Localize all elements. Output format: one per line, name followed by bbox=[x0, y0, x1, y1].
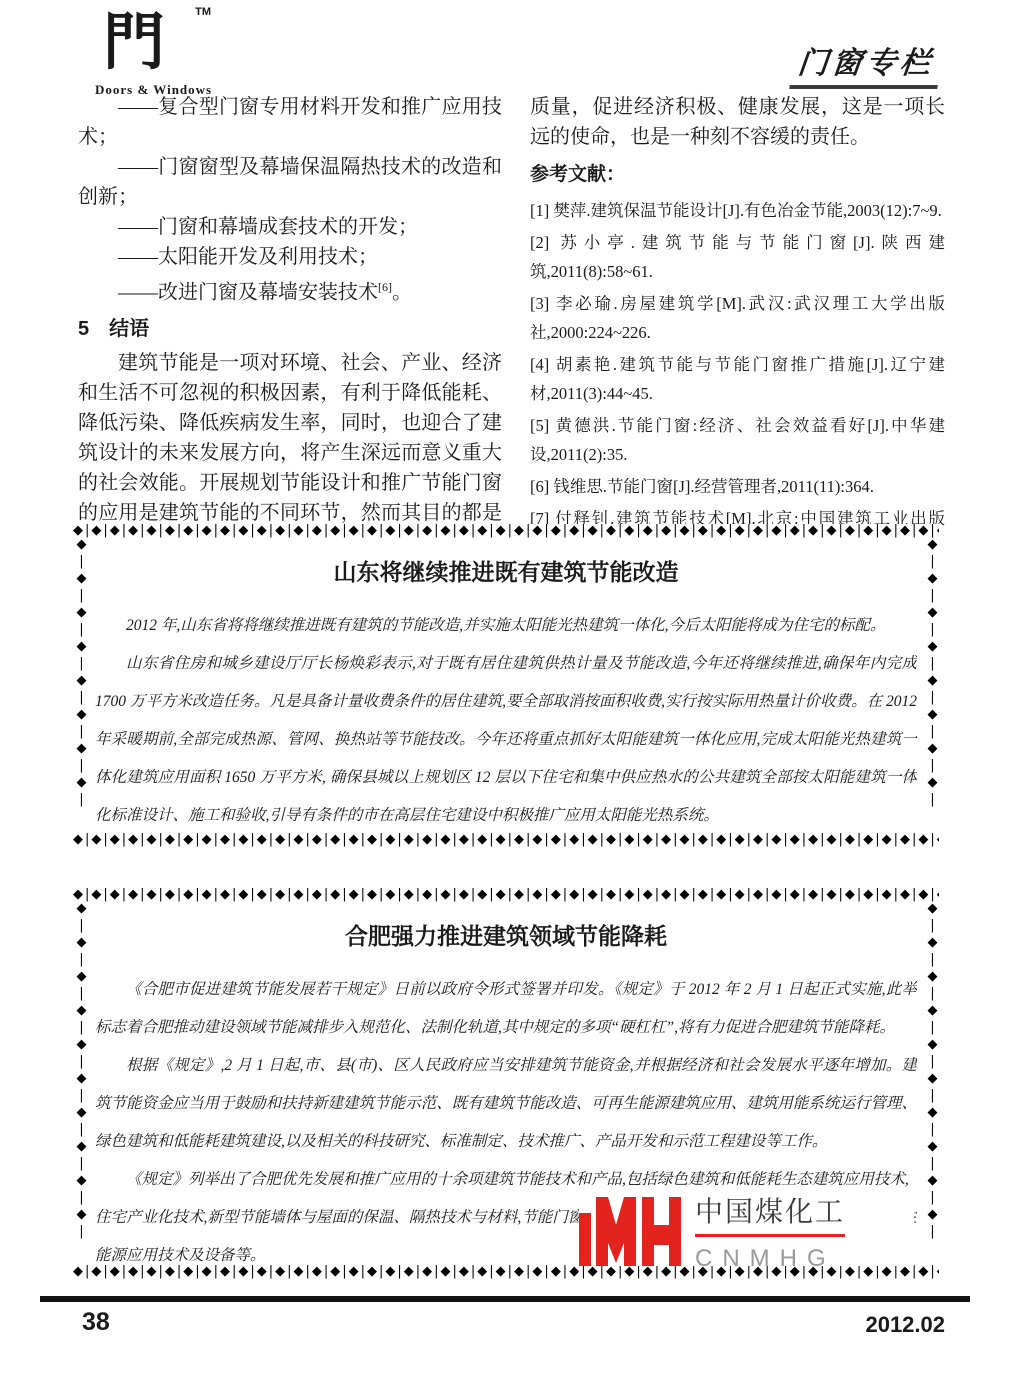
journal-page: 門 TM Doors & Windows 门窗专栏 ——复合型门窗专用材料开发和… bbox=[0, 0, 1010, 1384]
column-title: 门窗专栏 bbox=[789, 38, 942, 89]
list-item: ——复合型门窗专用材料开发和推广应用技术； bbox=[78, 92, 502, 152]
logo-glyph: 門 bbox=[103, 9, 165, 77]
list-item: ——门窗和幕墙成套技术的开发； bbox=[78, 212, 502, 242]
conclusion-paragraph-right: 质量，促进经济积极、健康发展，这是一项长远的使命，也是一种刻不容缓的责任。 bbox=[530, 92, 945, 152]
watermark-chinese-text: 中国煤化工 bbox=[695, 1193, 845, 1237]
cnmhg-watermark: 中国煤化工 CNMHG bbox=[579, 1187, 914, 1266]
reference-item: [5] 黄德洪.节能门窗:经济、社会效益看好[J].中华建设,2011(2):3… bbox=[530, 411, 945, 469]
citation-superscript: [6] bbox=[378, 280, 392, 294]
news-paragraph: 《合肥市促进建筑节能发展若干规定》日前以政府令形式签署并印发。《规定》于 201… bbox=[95, 971, 917, 1047]
ornament-border-right: ◆|◆|◆|◆|◆|◆|◆|◆|◆|◆|◆|◆|◆|◆|◆|◆|◆|◆|◆|◆|… bbox=[924, 537, 939, 835]
ornament-border-bottom: ◆|◆|◆|◆|◆|◆|◆|◆|◆|◆|◆|◆|◆|◆|◆|◆|◆|◆|◆|◆|… bbox=[73, 1265, 939, 1280]
list-item-text: ——改进门窗及幕墙安装技术 bbox=[118, 282, 378, 304]
section-heading-conclusion: 5 结语 bbox=[78, 314, 502, 344]
list-item: ——太阳能开发及利用技术； bbox=[78, 242, 502, 272]
article-left-column: ——复合型门窗专用材料开发和推广应用技术； ——门窗窗型及幕墙保温隔热技术的改造… bbox=[78, 92, 502, 588]
news-box-content: 合肥强力推进建筑领域节能降耗 《合肥市促进建筑节能发展若干规定》日前以政府令形式… bbox=[95, 904, 917, 1266]
ornament-border-right: ◆|◆|◆|◆|◆|◆|◆|◆|◆|◆|◆|◆|◆|◆|◆|◆|◆|◆|◆|◆|… bbox=[924, 901, 939, 1267]
reference-item: [6] 钱维思.节能门窗[J].经营管理者,2011(11):364. bbox=[530, 472, 945, 501]
cnmhg-logo-icon bbox=[579, 1195, 683, 1266]
news-paragraph: 山东省住房和城乡建设厅厅长杨焕彩表示,对于既有居住建筑供热计量及节能改造,今年还… bbox=[95, 645, 917, 834]
news-text-line: 能源应用技术及设备等。 bbox=[95, 1237, 266, 1266]
references-heading: 参考文献： bbox=[530, 160, 945, 190]
list-item: ——门窗窗型及幕墙保温隔热技术的改造和创新； bbox=[78, 152, 502, 212]
ornament-border-left: ◆|◆|◆|◆|◆|◆|◆|◆|◆|◆|◆|◆|◆|◆|◆|◆|◆|◆|◆|◆|… bbox=[73, 537, 88, 835]
ornament-border-left: ◆|◆|◆|◆|◆|◆|◆|◆|◆|◆|◆|◆|◆|◆|◆|◆|◆|◆|◆|◆|… bbox=[73, 901, 88, 1267]
ornament-border-top: ◆|◆|◆|◆|◆|◆|◆|◆|◆|◆|◆|◆|◆|◆|◆|◆|◆|◆|◆|◆|… bbox=[73, 524, 939, 539]
reference-item: [1] 樊萍.建筑保温节能设计[J].有色冶金节能,2003(12):7~9. bbox=[530, 196, 945, 225]
page-number: 38 bbox=[82, 1308, 110, 1337]
news-paragraph: 根据《规定》,2 月 1 日起,市、县(市)、区人民政府应当安排建筑节能资金,并… bbox=[95, 1047, 917, 1161]
list-item: ——改进门窗及幕墙安装技术[6]。 bbox=[78, 272, 502, 308]
news-title: 合肥强力推进建筑领域节能降耗 bbox=[95, 918, 917, 951]
reference-item: [3] 李必瑜.房屋建筑学[M].武汉:武汉理工大学出版社,2000:224~2… bbox=[530, 289, 945, 347]
trademark-symbol: TM bbox=[195, 6, 211, 18]
news-box-hefei: ◆|◆|◆|◆|◆|◆|◆|◆|◆|◆|◆|◆|◆|◆|◆|◆|◆|◆|◆|◆|… bbox=[73, 888, 939, 1280]
list-item-tail: 。 bbox=[392, 282, 412, 304]
news-box-content: 山东将继续推进既有建筑节能改造 2012 年,山东省将将继续推进既有建筑的节能改… bbox=[95, 540, 917, 834]
reference-item: [2] 苏小亭.建筑节能与节能门窗[J].陕西建筑,2011(8):58~61. bbox=[530, 228, 945, 286]
article-right-column: 质量，促进经济积极、健康发展，这是一项长远的使命，也是一种刻不容缓的责任。 参考… bbox=[530, 92, 945, 565]
reference-item: [4] 胡素艳.建筑节能与节能门窗推广措施[J].辽宁建材,2011(3):44… bbox=[530, 350, 945, 408]
news-box-shandong: ◆|◆|◆|◆|◆|◆|◆|◆|◆|◆|◆|◆|◆|◆|◆|◆|◆|◆|◆|◆|… bbox=[73, 524, 939, 848]
ornament-border-bottom: ◆|◆|◆|◆|◆|◆|◆|◆|◆|◆|◆|◆|◆|◆|◆|◆|◆|◆|◆|◆|… bbox=[73, 833, 939, 848]
news-text-line: 住宅产业化技术,新型节能墙体与屋面的保温、隔热技术与材料,节能门窗的 bbox=[95, 1199, 599, 1237]
issue-label: 2012.02 bbox=[865, 1312, 945, 1338]
news-paragraph-with-watermark: 《规定》列举出了合肥优先发展和推广应用的十余项建筑节能技术和产品,包括绿色建筑和… bbox=[95, 1161, 917, 1266]
watermark-text: 中国煤化工 CNMHG bbox=[695, 1193, 845, 1267]
footer-rule bbox=[40, 1296, 970, 1302]
news-paragraph: 2012 年,山东省将将继续推进既有建筑的节能改造,并实施太阳能光热建筑一体化,… bbox=[95, 607, 917, 645]
ornament-border-top: ◆|◆|◆|◆|◆|◆|◆|◆|◆|◆|◆|◆|◆|◆|◆|◆|◆|◆|◆|◆|… bbox=[73, 888, 939, 903]
doors-windows-logo-icon: 門 TM bbox=[103, 8, 195, 80]
journal-logo: 門 TM Doors & Windows bbox=[95, 8, 245, 98]
watermark-latin-text: CNMHG bbox=[695, 1240, 845, 1267]
news-title: 山东将继续推进既有建筑节能改造 bbox=[95, 554, 917, 587]
